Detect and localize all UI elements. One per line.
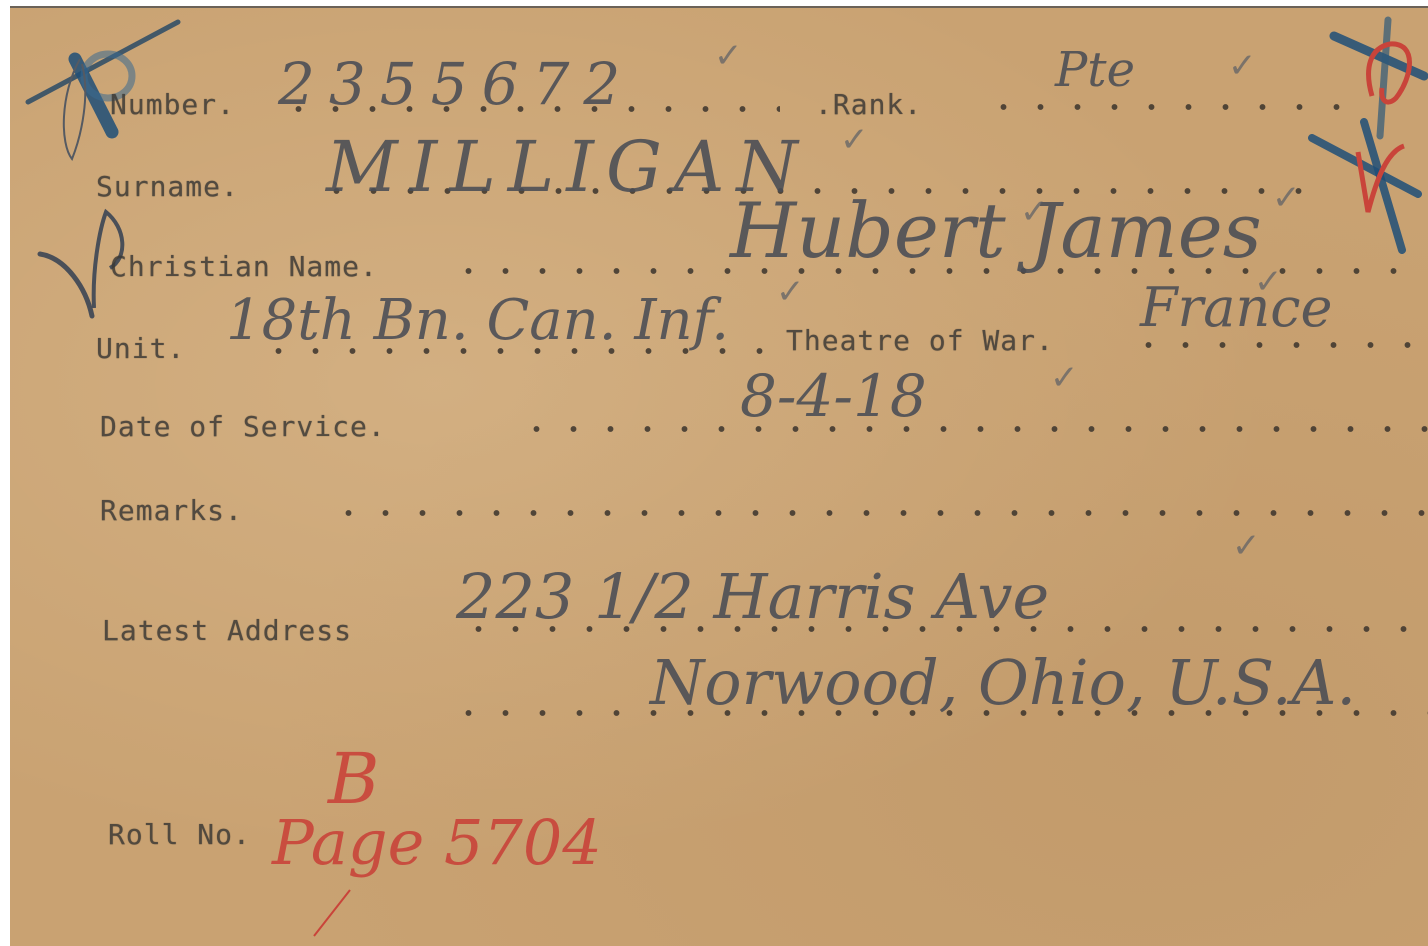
rank-dot-leader (985, 104, 1365, 110)
check-mark-icon: ✓ (776, 272, 805, 312)
latest-address-label: Latest Address (102, 614, 352, 647)
date-of-service-value: 8-4-18 (740, 362, 927, 430)
christian-name-value: Hubert James (730, 186, 1262, 275)
check-mark-icon: ✓ (1232, 526, 1261, 566)
check-mark-icon: ✓ (1272, 178, 1301, 218)
number-label: Number. (110, 88, 235, 121)
check-mark-icon: ✓ (840, 120, 869, 160)
address-line-1: 223 1/2 Harris Ave (456, 560, 1049, 633)
christian-name-label: Christian Name. (110, 250, 378, 283)
theatre-dot-leader (1130, 342, 1428, 348)
rank-label: .Rank. (815, 88, 922, 121)
roll-no-label: Roll No. (108, 818, 251, 851)
check-mark-icon: ✓ (1050, 358, 1079, 398)
check-mark-icon: ✓ (714, 36, 743, 76)
corner-mark-right-second-icon (1306, 122, 1426, 262)
unit-value: 18th Bn. Can. Inf. (226, 288, 729, 353)
theatre-of-war-value: France (1140, 276, 1332, 339)
corner-mark-right-top-icon (1320, 18, 1428, 138)
check-mark-icon: ✓ (1020, 192, 1049, 232)
number-value: 2355672 (278, 50, 634, 118)
roll-no-value: Page 5704 (272, 806, 602, 879)
rank-value: Pte (1055, 42, 1135, 98)
address-line-2: Norwood, Ohio, U.S.A. (650, 646, 1356, 719)
check-mark-icon: ✓ (1228, 46, 1257, 86)
unit-label: Unit. (96, 332, 185, 365)
check-mark-icon: ✓ (1254, 262, 1283, 302)
roll-underline-stroke-icon (310, 888, 370, 938)
surname-label: Surname. (96, 170, 239, 203)
date-of-service-dot-leader (518, 426, 1428, 432)
remarks-dot-leader (330, 510, 1428, 516)
service-record-card: Number. 2355672 ✓ .Rank. Pte ✓ Surname. … (10, 6, 1428, 946)
theatre-of-war-label: Theatre of War. (786, 324, 1054, 357)
remarks-label: Remarks. (100, 494, 243, 527)
date-of-service-label: Date of Service. (100, 410, 386, 443)
